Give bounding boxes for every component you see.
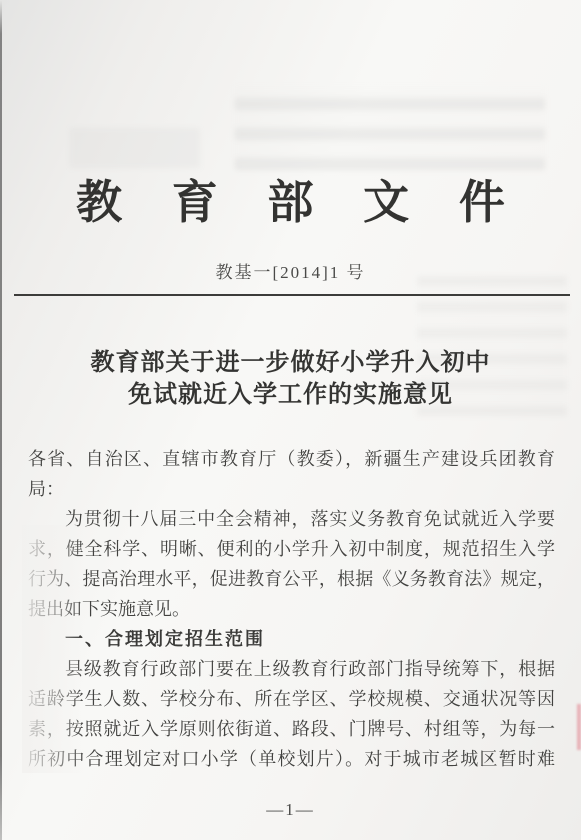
scan-edge-shadow xyxy=(0,0,2,840)
body-line: 提出如下实施意见。 xyxy=(28,594,555,624)
document-number: 教基一[2014]1 号 xyxy=(0,258,581,283)
body-line: 为贯彻十八届三中全会精神，落实义务教育免试就近入学要 xyxy=(28,504,555,534)
ministry-header: 教育部文件 xyxy=(0,166,581,232)
body-line: 县级教育行政部门要在上级教育行政部门指导统筹下，根据 xyxy=(28,654,555,684)
body-line: 各省、自治区、直辖市教育厅（教委），新疆生产建设兵团教育 xyxy=(28,444,555,474)
scanned-document-page: 教育部文件 教基一[2014]1 号 教育部关于进一步做好小学升入初中 免试就近… xyxy=(0,0,581,840)
bleed-through-smudge xyxy=(70,128,200,168)
section-heading: 一、合理划定招生范围 xyxy=(28,624,555,654)
body-line: 局： xyxy=(28,474,555,504)
body-line: 求，健全科学、明晰、便利的小学升入初中制度，规范招生入学 xyxy=(28,534,555,564)
document-title: 教育部关于进一步做好小学升入初中 免试就近入学工作的实施意见 xyxy=(0,347,581,411)
page-number: —1— xyxy=(0,800,581,820)
bleed-through-smudge xyxy=(235,86,545,170)
body-line: 素，按照就近入学原则依街道、路段、门牌号、村组等，为每一 xyxy=(28,714,555,744)
scan-artifact-pink xyxy=(577,704,581,750)
body-line: 行为、提高治理水平，促进教育公平，根据《义务教育法》规定， xyxy=(28,564,555,594)
body-line: 适龄学生人数、学校分布、所在学区、学校规模、交通状况等因 xyxy=(28,684,555,714)
document-title-line2: 免试就近入学工作的实施意见 xyxy=(0,379,581,411)
document-title-line1: 教育部关于进一步做好小学升入初中 xyxy=(0,347,581,379)
header-divider-line xyxy=(14,294,570,296)
body-line: 所初中合理划定对口小学（单校划片）。对于城市老城区暂时难 xyxy=(28,744,555,774)
document-body: 各省、自治区、直辖市教育厅（教委），新疆生产建设兵团教育 局： 为贯彻十八届三中… xyxy=(28,444,555,774)
